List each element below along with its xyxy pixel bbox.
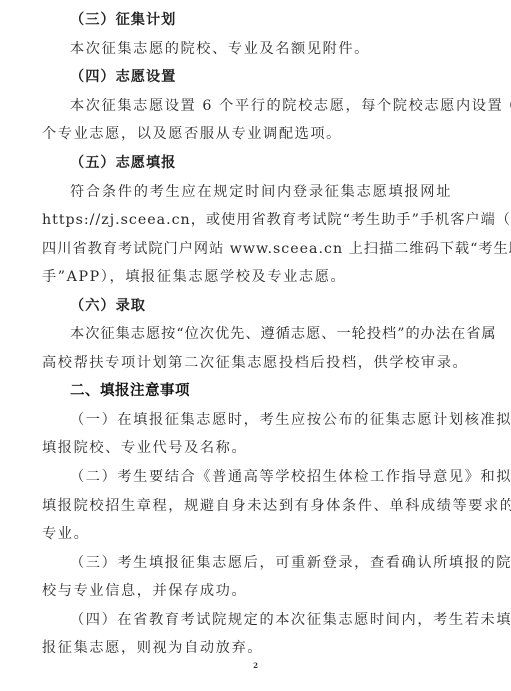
paragraph-line: 符合条件的考生应在规定时间内登录征集志愿填报网址 bbox=[70, 182, 452, 202]
paragraph-line: 个专业志愿，以及愿否服从专业调配选项。 bbox=[42, 124, 452, 144]
paragraph-line: 填报院校招生章程，规避自身未达到有身体条件、单科成绩等要求的 bbox=[42, 496, 452, 516]
paragraph-line: 本次征集志愿按“位次优先、遵循志愿、一轮投档”的办法在省属 bbox=[70, 324, 452, 344]
paragraph-line: 本次征集志愿设置 6 个平行的院校志愿，每个院校志愿内设置 6 bbox=[70, 96, 452, 116]
paragraph-line: 填报院校、专业代号及名称。 bbox=[42, 438, 247, 458]
paragraph-line: （二）考生要结合《普通高等学校招生体检工作指导意见》和拟 bbox=[70, 467, 452, 487]
paragraph-line: 报征集志愿，则视为自动放弃。 bbox=[42, 638, 263, 658]
paragraph-line: 高校帮扶专项计划第二次征集志愿投档后投档，供学校审录。 bbox=[42, 353, 468, 373]
paragraph-line: （三）考生填报征集志愿后，可重新登录，查看确认所填报的院 bbox=[70, 553, 452, 573]
paragraph-line: （四）在省教育考试院规定的本次征集志愿时间内，考生若未填 bbox=[70, 610, 452, 630]
section-heading-admission: （六）录取 bbox=[70, 296, 146, 316]
section-heading-filling-notes: 二、填报注意事项 bbox=[70, 381, 190, 401]
paragraph-line: 校与专业信息，并保存成功。 bbox=[42, 581, 247, 601]
paragraph-line: 专业。 bbox=[42, 524, 89, 544]
section-heading-collection-plan: （三）征集计划 bbox=[70, 10, 176, 30]
section-heading-volunteer-filling: （五）志愿填报 bbox=[70, 153, 176, 173]
section-heading-volunteer-setting: （四）志愿设置 bbox=[70, 67, 176, 87]
paragraph-line-with-url: https://zj.sceea.cn，或使用省教育考试院“考生助手”手机客户端… bbox=[42, 210, 452, 230]
paragraph-line: 本次征集志愿的院校、专业及名额见附件。 bbox=[70, 39, 370, 59]
paragraph-line: （一）在填报征集志愿时，考生应按公布的征集志愿计划核准拟 bbox=[70, 410, 452, 430]
paragraph-line: 手”APP），填报征集志愿学校及专业志愿。 bbox=[42, 267, 346, 287]
paragraph-line-with-url: 四川省教育考试院门户网站 www.sceea.cn 上扫描二维码下载“考生助 bbox=[42, 239, 452, 259]
page-number: 2 bbox=[0, 661, 511, 670]
